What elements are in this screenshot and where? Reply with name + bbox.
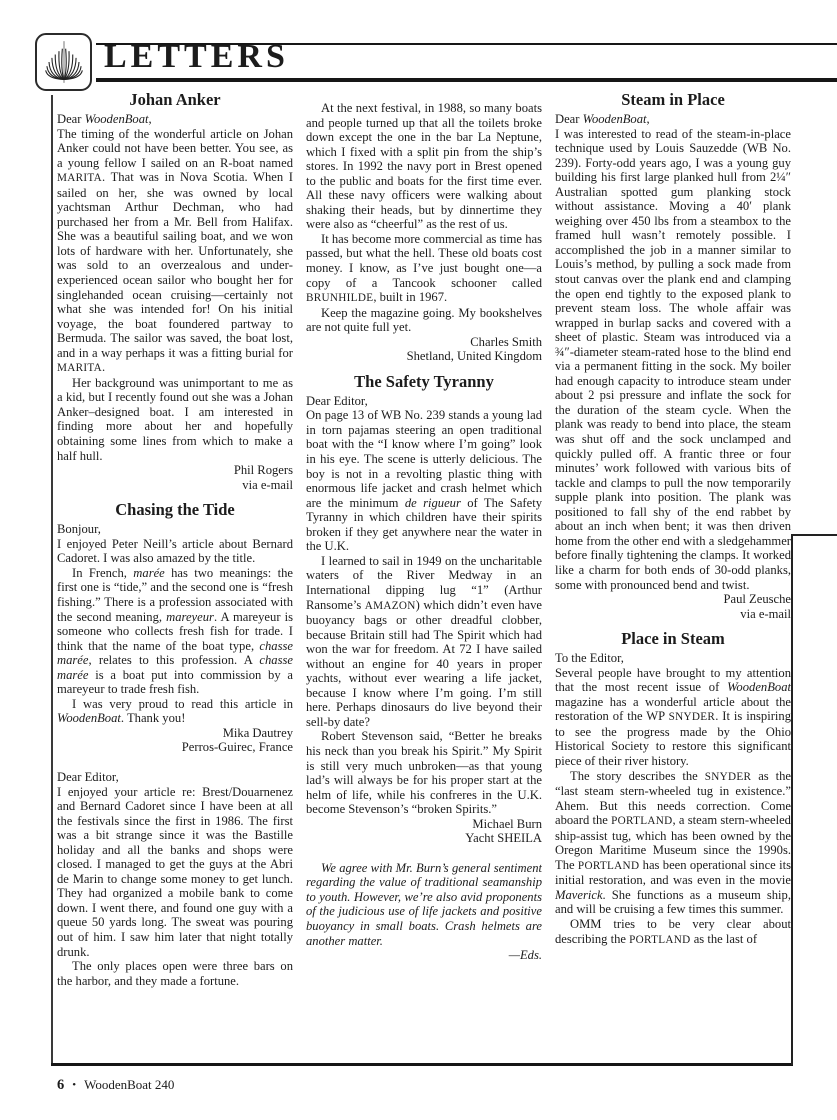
signature-line: via e-mail: [57, 478, 293, 493]
woodenboat-logo: [35, 33, 92, 91]
column-3: Steam in PlaceDear WoodenBoat,I was inte…: [555, 86, 791, 1060]
letter-heading: Johan Anker: [57, 90, 293, 109]
column-1: Johan AnkerDear WoodenBoat,The timing of…: [57, 86, 293, 1060]
letter-paragraph: To the Editor,: [555, 651, 791, 666]
text-run: I enjoyed your article re: Brest/Douarne…: [57, 785, 293, 959]
text-run: , built in 1967.: [373, 290, 447, 304]
text-run: is a boat put into commission by a marey…: [57, 668, 293, 697]
letter-paragraph: Her background was unimportant to me as …: [57, 376, 293, 463]
smallcaps-run: MARITA: [57, 172, 102, 184]
letter-heading: Place in Steam: [555, 629, 791, 648]
smallcaps-run: BRUNHILDE: [306, 292, 373, 304]
text-run: I enjoyed Peter Neill’s article about Be…: [57, 537, 293, 566]
letter-paragraph: Dear WoodenBoat,: [555, 112, 791, 127]
signature-line: Yacht SHEILA: [306, 831, 542, 846]
letter-paragraph: OMM tries to be very clear about describ…: [555, 917, 791, 947]
smallcaps-run: MARITA: [57, 362, 102, 374]
italic-run: Maverick: [555, 888, 603, 902]
smallcaps-run: SNYDER: [705, 771, 752, 783]
signature-line: Perros-Guirec, France: [57, 740, 293, 755]
letter-paragraph: I was interested to read of the steam-in…: [555, 127, 791, 593]
text-run: The only places open were three bars on …: [57, 959, 293, 988]
italic-run: mareyeur: [166, 610, 214, 624]
italic-run: WoodenBoat: [727, 680, 791, 694]
italic-run: de rigueur: [405, 496, 461, 510]
letter-paragraph: Dear WoodenBoat,: [57, 112, 293, 127]
letter-paragraph: On page 13 of WB No. 239 stands a young …: [306, 408, 542, 553]
signature: Mika DautreyPerros-Guirec, France: [57, 726, 293, 755]
text-run: Dear Editor,: [306, 394, 368, 408]
adjacent-box-rule-vertical: [791, 534, 793, 1065]
text-run: Her background was unimportant to me as …: [57, 376, 293, 463]
text-run: I was interested to read of the steam-in…: [555, 127, 791, 592]
signature-line: Mika Dautrey: [57, 726, 293, 741]
italic-run: WoodenBoat: [57, 711, 121, 725]
letter-paragraph: Several people have brought to my attent…: [555, 666, 791, 769]
text-run: .: [102, 360, 105, 374]
text-run: I was very proud to read this article in: [72, 697, 293, 711]
text-run: as the last of: [691, 932, 757, 946]
text-run: , relates to this profession. A: [88, 653, 259, 667]
text-run: Dear: [555, 112, 583, 126]
page-title: LETTERS: [104, 40, 289, 74]
letter-paragraph: Dear Editor,: [57, 770, 293, 785]
left-margin-rule: [51, 95, 53, 1065]
text-run: . Thank you!: [121, 711, 185, 725]
letters-columns: Johan AnkerDear WoodenBoat,The timing of…: [57, 86, 791, 1060]
header-rule-bottom: [96, 78, 837, 82]
smallcaps-run: PORTLAND: [611, 815, 672, 827]
letter-paragraph: I enjoyed Peter Neill’s article about Be…: [57, 537, 293, 566]
signature: Charles SmithShetland, United Kingdom: [306, 335, 542, 364]
smallcaps-run: SNYDER: [669, 711, 716, 723]
italic-run: marée: [133, 566, 164, 580]
text-run: Keep the magazine going. My bookshelves …: [306, 306, 542, 335]
text-run: Dear Editor,: [57, 770, 119, 784]
letter-heading: The Safety Tyranny: [306, 372, 542, 391]
letter-paragraph: Dear Editor,: [306, 394, 542, 409]
text-run: At the next festival, in 1988, so many b…: [306, 101, 542, 231]
signature: Phil Rogersvia e-mail: [57, 463, 293, 492]
smallcaps-run: PORTLAND: [578, 860, 639, 872]
signature-line: Shetland, United Kingdom: [306, 349, 542, 364]
signature-line: via e-mail: [555, 607, 791, 622]
bottom-rule: [51, 1063, 793, 1066]
text-run: We agree with Mr. Burn’s general sentime…: [306, 861, 542, 948]
text-run: . That was in Nova Scotia. When I sailed…: [57, 170, 293, 360]
letter-paragraph: The only places open were three bars on …: [57, 959, 293, 988]
letter-paragraph: It has become more commercial as time ha…: [306, 232, 542, 306]
letter-paragraph: Keep the magazine going. My bookshelves …: [306, 306, 542, 335]
italic-run: WoodenBoat: [85, 112, 149, 126]
signature: Paul Zeuschevia e-mail: [555, 592, 791, 621]
signature: Michael BurnYacht SHEILA: [306, 817, 542, 846]
letter-paragraph: Bonjour,: [57, 522, 293, 537]
text-run: On page 13 of WB No. 239 stands a young …: [306, 408, 542, 509]
text-run: To the Editor,: [555, 651, 624, 665]
text-run: ,: [149, 112, 152, 126]
letter-paragraph: I was very proud to read this article in…: [57, 697, 293, 726]
column-2: At the next festival, in 1988, so many b…: [306, 86, 542, 1060]
text-run: Bonjour,: [57, 522, 101, 536]
letter-paragraph: I learned to sail in 1949 on the unchari…: [306, 554, 542, 730]
letter-paragraph: The timing of the wonderful article on J…: [57, 127, 293, 376]
text-run: It has become more commercial as time ha…: [306, 232, 542, 290]
footer-bullet: •: [72, 1079, 76, 1091]
letter-paragraph: I enjoyed your article re: Brest/Douarne…: [57, 785, 293, 960]
editors-signature: —Eds.: [306, 948, 542, 963]
italic-run: WoodenBoat: [583, 112, 647, 126]
text-run: Robert Stevenson said, “Better he breaks…: [306, 729, 542, 816]
text-run: ,: [647, 112, 650, 126]
letter-paragraph: The story describes the SNYDER as the “l…: [555, 769, 791, 917]
letters-page: LETTERS Johan AnkerDear WoodenBoat,The t…: [0, 0, 837, 1120]
signature-line: Paul Zeusche: [555, 592, 791, 607]
text-run: The timing of the wonderful article on J…: [57, 127, 293, 170]
letter-paragraph: Robert Stevenson said, “Better he breaks…: [306, 729, 542, 816]
text-run: ) which didn’t even have buoyancy bags o…: [306, 598, 542, 729]
signature-line: Charles Smith: [306, 335, 542, 350]
magazine-title: WoodenBoat 240: [84, 1077, 174, 1092]
hull-lines-icon: [39, 37, 89, 87]
letter-heading: Chasing the Tide: [57, 500, 293, 519]
editors-note: We agree with Mr. Burn’s general sentime…: [306, 861, 542, 948]
signature-line: Michael Burn: [306, 817, 542, 832]
smallcaps-run: AMAZON: [365, 600, 416, 612]
page-number: 6: [57, 1077, 64, 1093]
adjacent-box-rule-horizontal: [791, 534, 837, 536]
smallcaps-run: PORTLAND: [629, 934, 690, 946]
letter-paragraph: At the next festival, in 1988, so many b…: [306, 101, 542, 232]
letter-heading: Steam in Place: [555, 90, 791, 109]
text-run: Dear: [57, 112, 85, 126]
text-run: The story describes the: [570, 769, 705, 783]
page-footer: 6•WoodenBoat 240: [57, 1077, 174, 1094]
text-run: In French,: [72, 566, 133, 580]
signature-line: Phil Rogers: [57, 463, 293, 478]
letter-paragraph: In French, marée has two meanings: the f…: [57, 566, 293, 697]
